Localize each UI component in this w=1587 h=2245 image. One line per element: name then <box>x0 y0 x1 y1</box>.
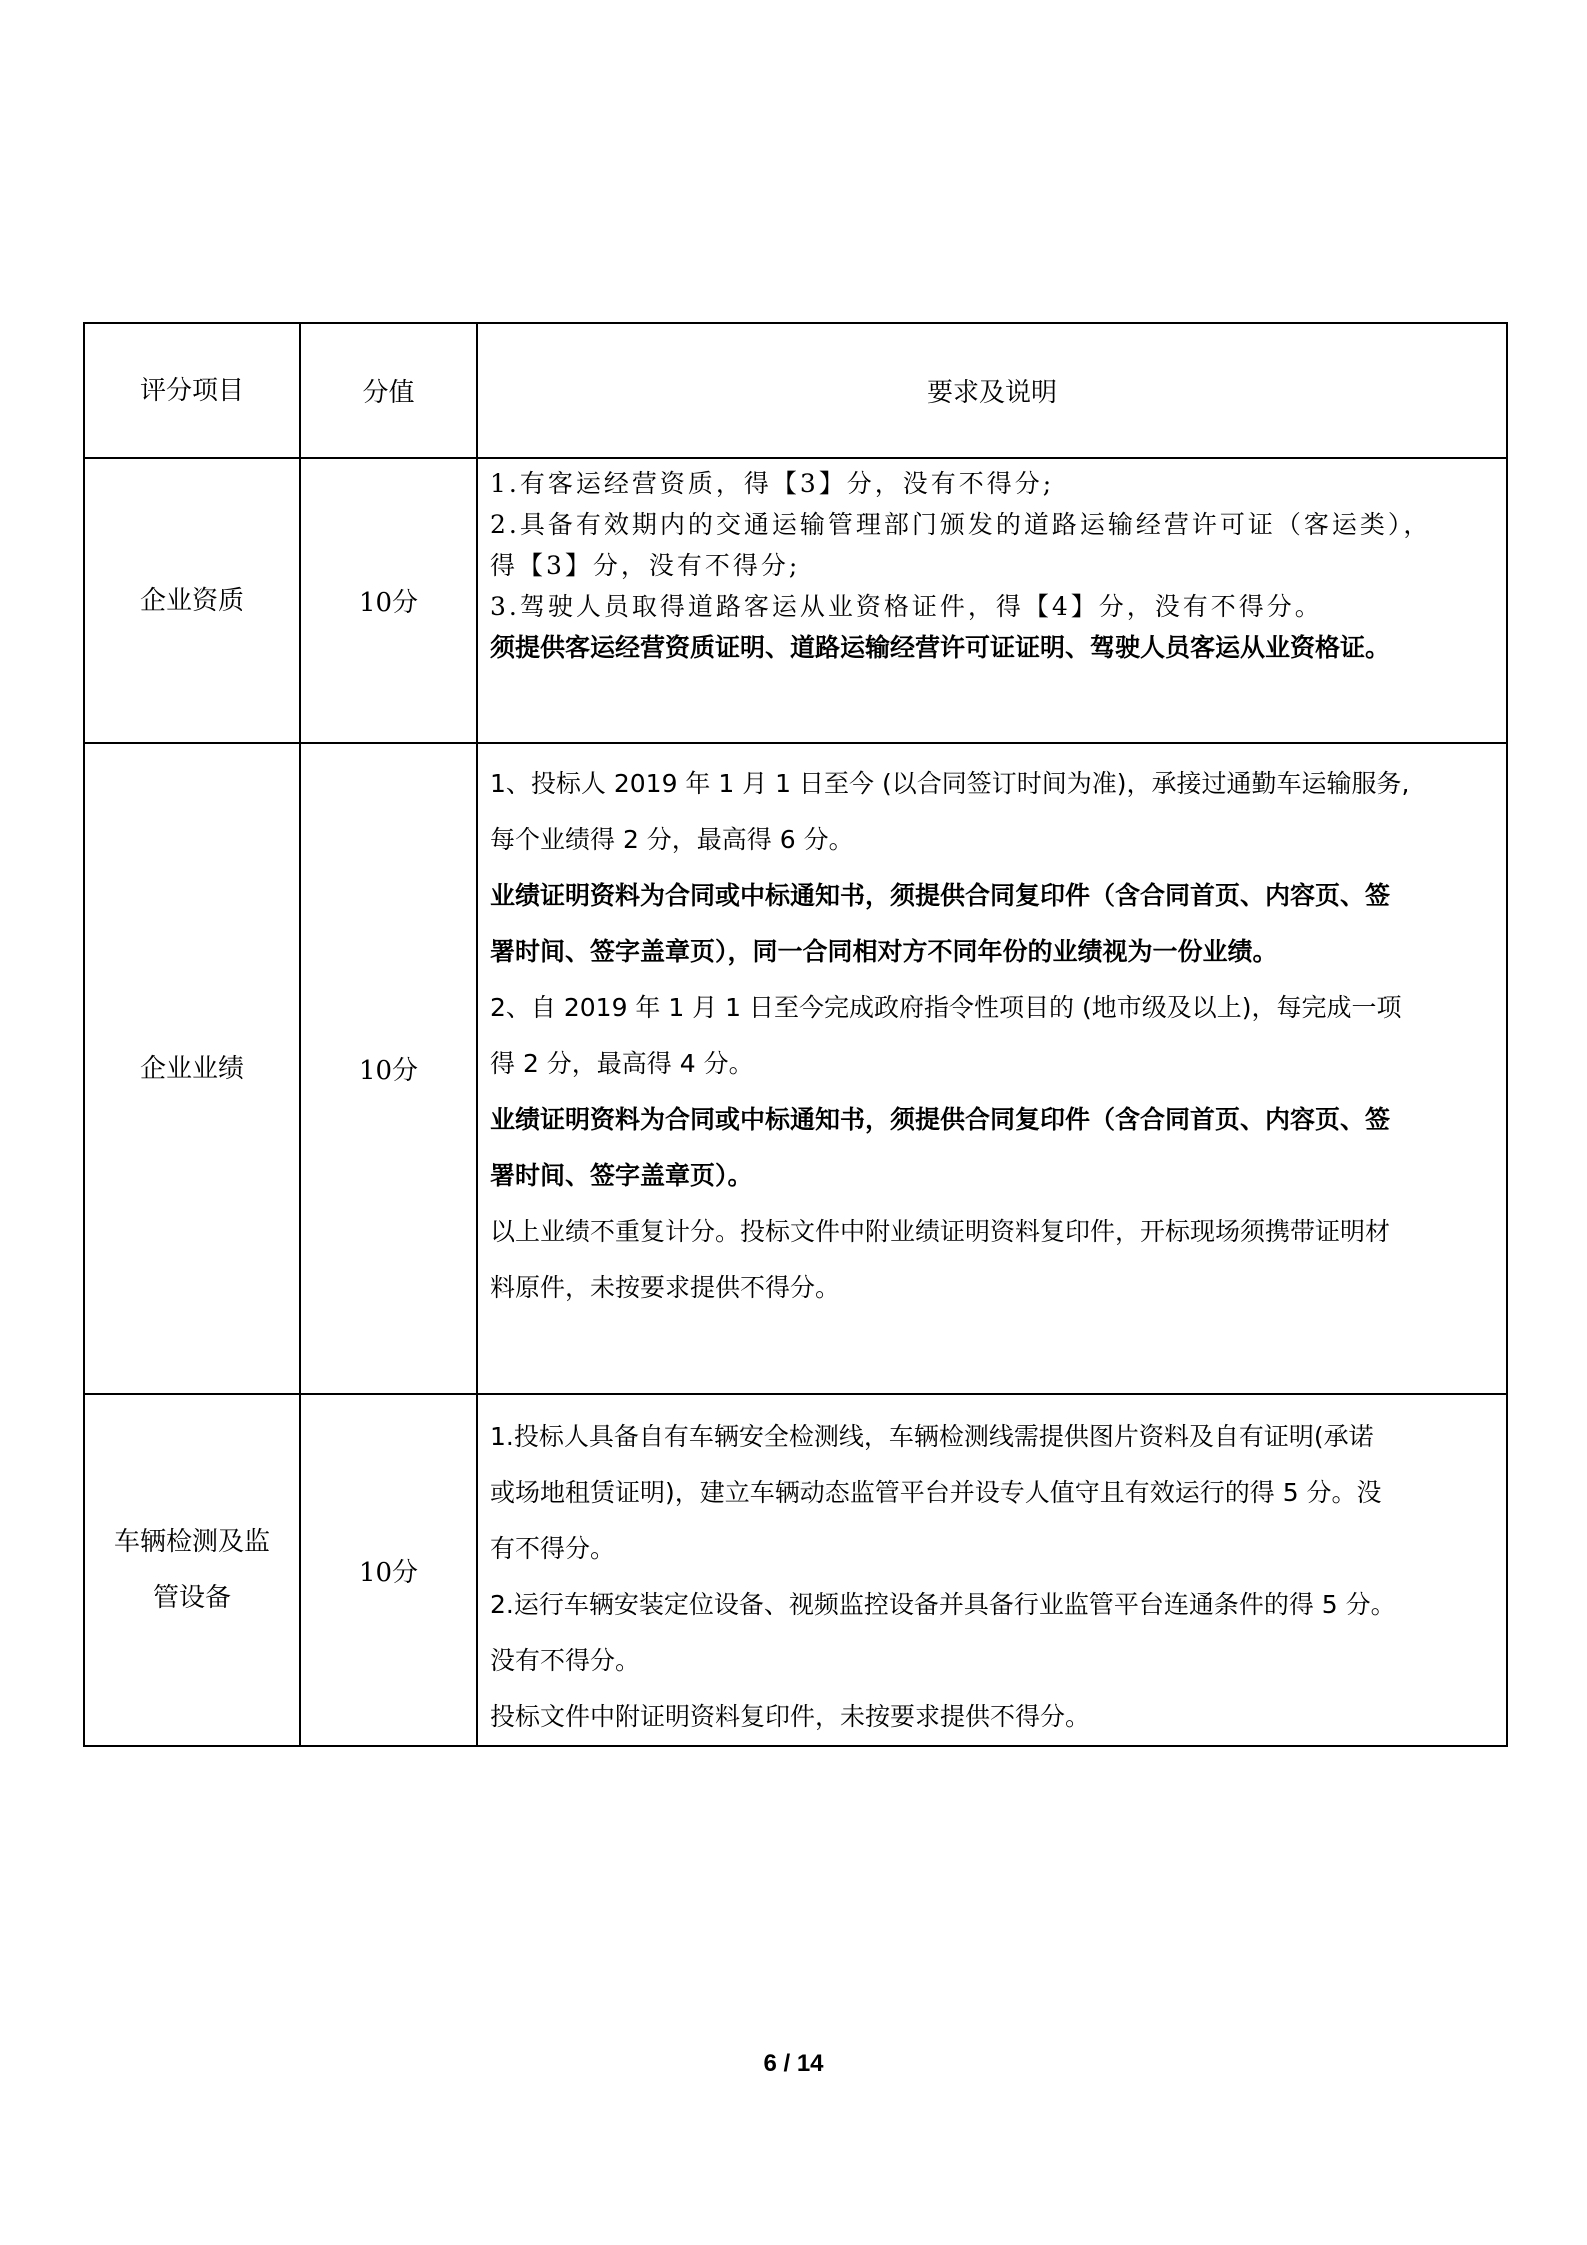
requirement-line: 没有不得分。 <box>490 1633 1494 1689</box>
row-score: 10分 <box>300 1394 477 1746</box>
header-requirements: 要求及说明 <box>477 323 1507 458</box>
requirement-line: 2、自 2019 年 1 月 1 日至今完成政府指令性项目的 (地市级及以上)，… <box>490 980 1494 1036</box>
requirement-line-bold: 署时间、签字盖章页），同一合同相对方不同年份的业绩视为一份业绩。 <box>490 924 1494 980</box>
row-item: 企业资质 <box>84 458 300 743</box>
requirement-line-bold: 业绩证明资料为合同或中标通知书，须提供合同复印件（含合同首页、内容页、签 <box>490 1092 1494 1148</box>
requirement-line: 2.具备有效期内的交通运输管理部门颁发的道路运输经营许可证（客运类）， <box>490 504 1494 545</box>
header-scoring-item: 评分项目 <box>84 323 300 458</box>
row-item-line: 车辆检测及监 <box>85 1514 299 1570</box>
requirement-line: 以上业绩不重复计分。投标文件中附业绩证明资料复印件，开标现场须携带证明材 <box>490 1204 1494 1260</box>
row-score: 10分 <box>300 743 477 1394</box>
requirement-line: 得【3】分，没有不得分; <box>490 545 1494 586</box>
requirement-line: 得 2 分，最高得 4 分。 <box>490 1036 1494 1092</box>
requirement-line: 料原件，未按要求提供不得分。 <box>490 1260 1494 1316</box>
requirement-line: 有不得分。 <box>490 1521 1494 1577</box>
table-row: 车辆检测及监 管设备 10分 1.投标人具备自有车辆安全检测线，车辆检测线需提供… <box>84 1394 1507 1746</box>
requirement-line: 或场地租赁证明)，建立车辆动态监管平台并设专人值守且有效运行的得 5 分。没 <box>490 1465 1494 1521</box>
requirement-line: 每个业绩得 2 分，最高得 6 分。 <box>490 812 1494 868</box>
requirement-line: 1.投标人具备自有车辆安全检测线，车辆检测线需提供图片资料及自有证明(承诺 <box>490 1409 1494 1465</box>
requirement-line: 投标文件中附证明资料复印件，未按要求提供不得分。 <box>490 1689 1494 1745</box>
row-requirements: 1、投标人 2019 年 1 月 1 日至今 (以合同签订时间为准)，承接过通勤… <box>477 743 1507 1394</box>
requirement-line: 2.运行车辆安装定位设备、视频监控设备并具备行业监管平台连通条件的得 5 分。 <box>490 1577 1494 1633</box>
requirement-line-bold: 业绩证明资料为合同或中标通知书，须提供合同复印件（含合同首页、内容页、签 <box>490 868 1494 924</box>
table-row: 企业资质 10分 1.有客运经营资质，得【3】分，没有不得分; 2.具备有效期内… <box>84 458 1507 743</box>
header-score: 分值 <box>300 323 477 458</box>
row-item: 车辆检测及监 管设备 <box>84 1394 300 1746</box>
row-item: 企业业绩 <box>84 743 300 1394</box>
requirement-line: 1.有客运经营资质，得【3】分，没有不得分; <box>490 463 1494 504</box>
table-row: 企业业绩 10分 1、投标人 2019 年 1 月 1 日至今 (以合同签订时间… <box>84 743 1507 1394</box>
row-item-line: 管设备 <box>85 1570 299 1626</box>
requirement-line-bold: 须提供客运经营资质证明、道路运输经营许可证证明、驾驶人员客运从业资格证。 <box>490 627 1494 668</box>
page-indicator: 6 / 14 <box>0 2050 1587 2078</box>
row-score: 10分 <box>300 458 477 743</box>
table-header-row: 评分项目 分值 要求及说明 <box>84 323 1507 458</box>
row-requirements: 1.投标人具备自有车辆安全检测线，车辆检测线需提供图片资料及自有证明(承诺 或场… <box>477 1394 1507 1746</box>
requirement-line: 3.驾驶人员取得道路客运从业资格证件，得【4】分，没有不得分。 <box>490 586 1494 627</box>
requirement-line-bold: 署时间、签字盖章页）。 <box>490 1148 1494 1204</box>
row-requirements: 1.有客运经营资质，得【3】分，没有不得分; 2.具备有效期内的交通运输管理部门… <box>477 458 1507 743</box>
requirement-line: 1、投标人 2019 年 1 月 1 日至今 (以合同签订时间为准)，承接过通勤… <box>490 756 1494 812</box>
scoring-table: 评分项目 分值 要求及说明 企业资质 10分 1.有客运经营资质，得【3】分，没… <box>83 322 1508 1747</box>
